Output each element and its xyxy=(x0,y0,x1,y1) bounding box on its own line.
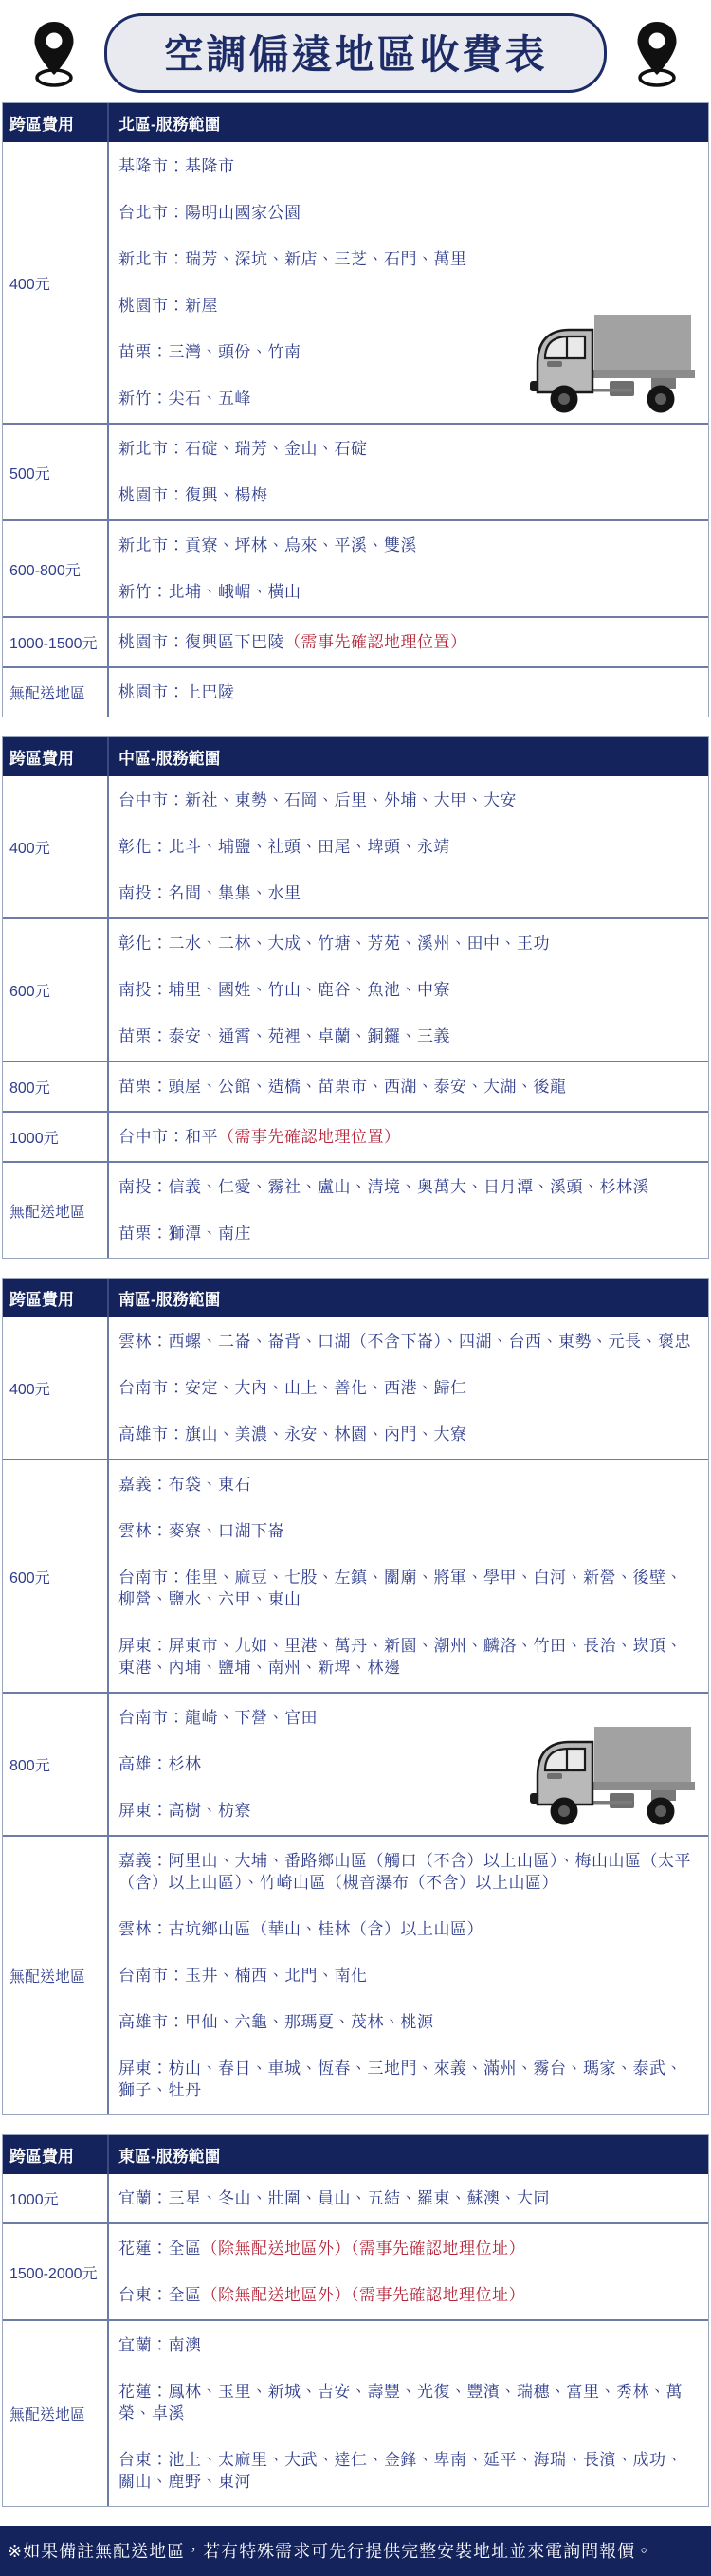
area-text: 雲林：古坑鄉山區（華山、桂林（含）以上山區） xyxy=(118,1920,483,1938)
service-area-cell: 苗栗：頭屋、公館、造橋、苗栗市、西湖、泰安、大湖、後龍 xyxy=(109,1062,708,1111)
fee-cell: 600元 xyxy=(3,919,109,1061)
area-text: 台南市：佳里、麻豆、七股、左鎮、關廟、將軍、學甲、白河、新營、後壁、柳營、鹽水、… xyxy=(118,1569,683,1608)
service-line: 台南市：安定、大內、山上、善化、西港、歸仁 xyxy=(118,1365,697,1411)
area-text: 新北市：瑞芳、深坑、新店、三芝、石門、萬里 xyxy=(118,250,467,268)
footer-note: ※如果備註無配送地區，若有特殊需求可先行提供完整安裝地址並來電詢問報價。 xyxy=(0,2526,711,2576)
service-area-cell: 嘉義：阿里山、大埔、番路鄉山區（觸口（不含）以上山區）、梅山山區（太平（含）以上… xyxy=(109,1837,708,2114)
service-line: 台南市：佳里、麻豆、七股、左鎮、關廟、將軍、學甲、白河、新營、後壁、柳營、鹽水、… xyxy=(118,1554,697,1623)
area-text: 宜蘭：南澳 xyxy=(118,2336,202,2354)
service-area-cell: 桃園市：復興區下巴陵（需事先確認地理位置） xyxy=(109,618,708,666)
fee-cell: 無配送地區 xyxy=(3,1837,109,2114)
area-text: 台東：全區 xyxy=(118,2286,202,2304)
area-text: 花蓮：鳳林、玉里、新城、吉安、壽豐、光復、豐濱、瑞穗、富里、秀林、萬榮、卓溪 xyxy=(118,2383,683,2422)
fee-table: 跨區費用北區-服務範圍400元基隆市：基隆市台北市：陽明山國家公園新北市：瑞芳、… xyxy=(2,102,709,717)
service-area-cell: 嘉義：布袋、東石雲林：麥寮、口湖下崙台南市：佳里、麻豆、七股、左鎮、關廟、將軍、… xyxy=(109,1460,708,1692)
service-line: 南投：信義、仁愛、霧社、盧山、清境、奧萬大、日月潭、溪頭、杉林溪 xyxy=(118,1164,697,1210)
area-text: 屏東：屏東市、九如、里港、萬丹、新園、潮州、麟洛、竹田、長治、崁頂、東港、內埔、… xyxy=(118,1637,683,1677)
fee-cell: 800元 xyxy=(3,1694,109,1835)
fee-row: 500元新北市：石碇、瑞芳、金山、石碇桃園市：復興、楊梅 xyxy=(3,423,708,519)
area-text: 新竹：北埔、峨嵋、橫山 xyxy=(118,583,301,601)
service-line: 雲林：古坑鄉山區（華山、桂林（含）以上山區） xyxy=(118,1906,697,1952)
truck-icon xyxy=(519,309,699,415)
fee-cell: 400元 xyxy=(3,1317,109,1459)
region-column-header: 南區-服務範圍 xyxy=(107,1279,708,1317)
page-header: 空調偏遠地區收費表 xyxy=(0,0,711,102)
area-text: 雲林：麥寮、口湖下崙 xyxy=(118,1522,284,1540)
fee-cell: 400元 xyxy=(3,776,109,917)
fee-cell: 1500-2000元 xyxy=(3,2224,109,2319)
area-text: 南投：信義、仁愛、霧社、盧山、清境、奧萬大、日月潭、溪頭、杉林溪 xyxy=(118,1178,649,1196)
alert-text: （需事先確認地理位址） xyxy=(351,2240,525,2258)
service-line: 新竹：北埔、峨嵋、橫山 xyxy=(118,569,697,615)
fee-cell: 600-800元 xyxy=(3,521,109,616)
fee-row: 無配送地區宜蘭：南澳花蓮：鳳林、玉里、新城、吉安、壽豐、光復、豐濱、瑞穗、富里、… xyxy=(3,2319,708,2506)
alert-text: （除無配送地區外） xyxy=(202,2286,352,2304)
area-text: 台東：池上、太麻里、大武、達仁、金鋒、卑南、延平、海瑞、長濱、成功、關山、鹿野、… xyxy=(118,2451,683,2491)
fee-row: 1000-1500元桃園市：復興區下巴陵（需事先確認地理位置） xyxy=(3,616,708,666)
service-area-cell: 彰化：二水、二林、大成、竹塘、芳苑、溪州、田中、王功南投：埔里、國姓、竹山、鹿谷… xyxy=(109,919,708,1061)
service-line: 台南市：玉井、楠西、北門、南化 xyxy=(118,1952,697,1999)
area-text: 苗栗：三灣、頭份、竹南 xyxy=(118,343,301,361)
service-line: 雲林：西螺、二崙、崙背、口湖（不含下崙）、四湖、台西、東勢、元長、褒忠 xyxy=(118,1318,697,1365)
area-text: 台南市：玉井、楠西、北門、南化 xyxy=(118,1967,368,1985)
area-text: 高雄市：甲仙、六龜、那瑪夏、茂林、桃源 xyxy=(118,2013,434,2031)
area-text: 彰化：北斗、埔鹽、社頭、田尾、埤頭、永靖 xyxy=(118,838,450,856)
fee-row: 600元彰化：二水、二林、大成、竹塘、芳苑、溪州、田中、王功南投：埔里、國姓、竹… xyxy=(3,917,708,1061)
service-line: 台中市：和平（需事先確認地理位置） xyxy=(118,1114,697,1160)
service-line: 苗栗：獅潭、南庄 xyxy=(118,1210,697,1257)
area-text: 高雄市：旗山、美濃、永安、林園、內門、大寮 xyxy=(118,1425,467,1443)
fee-column-header: 跨區費用 xyxy=(3,103,107,142)
area-text: 南投：名間、集集、水里 xyxy=(118,884,301,902)
area-text: 屏東：高樹、枋寮 xyxy=(118,1802,251,1820)
alert-text: （需事先確認地理位置） xyxy=(218,1128,401,1146)
area-text: 台北市：陽明山國家公園 xyxy=(118,204,301,222)
area-text: 桃園市：上巴陵 xyxy=(118,683,235,701)
area-text: 雲林：西螺、二崙、崙背、口湖（不含下崙）、四湖、台西、東勢、元長、褒忠 xyxy=(118,1333,691,1351)
service-line: 彰化：北斗、埔鹽、社頭、田尾、埤頭、永靖 xyxy=(118,824,697,870)
fee-cell: 500元 xyxy=(3,425,109,519)
service-line: 屏東：枋山、春日、車城、恆春、三地門、來義、滿州、霧台、瑪家、泰武、獅子、牡丹 xyxy=(118,2045,697,2113)
fee-table: 跨區費用中區-服務範圍400元台中市：新社、東勢、石岡、后里、外埔、大甲、大安彰… xyxy=(2,736,709,1259)
fee-row: 400元雲林：西螺、二崙、崙背、口湖（不含下崙）、四湖、台西、東勢、元長、褒忠台… xyxy=(3,1317,708,1459)
fee-cell: 1000-1500元 xyxy=(3,618,109,666)
alert-text: （除無配送地區外） xyxy=(202,2240,352,2258)
fee-row: 1000元宜蘭：三星、冬山、壯圍、員山、五結、羅東、蘇澳、大同 xyxy=(3,2174,708,2222)
service-line: 基隆市：基隆市 xyxy=(118,143,697,190)
table-header-row: 跨區費用南區-服務範圍 xyxy=(3,1279,708,1317)
alert-text: （需事先確認地理位址） xyxy=(351,2286,525,2304)
area-text: 基隆市：基隆市 xyxy=(118,157,235,175)
truck-icon xyxy=(519,1721,699,1827)
service-line: 彰化：二水、二林、大成、竹塘、芳苑、溪州、田中、王功 xyxy=(118,920,697,967)
region-column-header: 東區-服務範圍 xyxy=(107,2135,708,2174)
service-line: 南投：名間、集集、水里 xyxy=(118,870,697,916)
fee-cell: 無配送地區 xyxy=(3,1163,109,1258)
fee-cell: 800元 xyxy=(3,1062,109,1111)
region-column-header: 北區-服務範圍 xyxy=(107,103,708,142)
table-header-row: 跨區費用中區-服務範圍 xyxy=(3,737,708,776)
area-text: 高雄：杉林 xyxy=(118,1755,202,1773)
service-area-cell: 台中市：新社、東勢、石岡、后里、外埔、大甲、大安彰化：北斗、埔鹽、社頭、田尾、埤… xyxy=(109,776,708,917)
area-text: 台南市：龍崎、下營、官田 xyxy=(118,1709,318,1727)
location-pin-icon xyxy=(628,18,686,88)
service-line: 苗栗：頭屋、公館、造橋、苗栗市、西湖、泰安、大湖、後龍 xyxy=(118,1063,697,1110)
fee-column-header: 跨區費用 xyxy=(3,737,107,776)
service-line: 高雄市：甲仙、六龜、那瑪夏、茂林、桃源 xyxy=(118,1999,697,2045)
service-area-cell: 南投：信義、仁愛、霧社、盧山、清境、奧萬大、日月潭、溪頭、杉林溪苗栗：獅潭、南庄 xyxy=(109,1163,708,1258)
service-area-cell: 宜蘭：三星、冬山、壯圍、員山、五結、羅東、蘇澳、大同 xyxy=(109,2174,708,2222)
fee-row: 無配送地區南投：信義、仁愛、霧社、盧山、清境、奧萬大、日月潭、溪頭、杉林溪苗栗：… xyxy=(3,1161,708,1258)
service-line: 宜蘭：南澳 xyxy=(118,2322,697,2368)
area-text: 彰化：二水、二林、大成、竹塘、芳苑、溪州、田中、王功 xyxy=(118,934,550,952)
fee-row: 800元台南市：龍崎、下營、官田高雄：杉林屏東：高樹、枋寮 xyxy=(3,1692,708,1835)
area-text: 桃園市：復興區下巴陵 xyxy=(118,633,284,651)
service-line: 花蓮：全區（除無配送地區外）（需事先確認地理位址） xyxy=(118,2225,697,2272)
fee-row: 800元苗栗：頭屋、公館、造橋、苗栗市、西湖、泰安、大湖、後龍 xyxy=(3,1061,708,1111)
area-text: 南投：埔里、國姓、竹山、鹿谷、魚池、中寮 xyxy=(118,981,450,999)
area-text: 嘉義：布袋、東石 xyxy=(118,1476,251,1494)
service-line: 桃園市：上巴陵 xyxy=(118,669,697,716)
fee-tables-container: 跨區費用北區-服務範圍400元基隆市：基隆市台北市：陽明山國家公園新北市：瑞芳、… xyxy=(0,102,711,2507)
area-text: 花蓮：全區 xyxy=(118,2240,202,2258)
fee-row: 1000元台中市：和平（需事先確認地理位置） xyxy=(3,1111,708,1161)
fee-cell: 600元 xyxy=(3,1460,109,1692)
fee-row: 600-800元新北市：貢寮、坪林、烏來、平溪、雙溪新竹：北埔、峨嵋、橫山 xyxy=(3,519,708,616)
service-line: 新北市：石碇、瑞芳、金山、石碇 xyxy=(118,426,697,472)
service-area-cell: 宜蘭：南澳花蓮：鳳林、玉里、新城、吉安、壽豐、光復、豐濱、瑞穗、富里、秀林、萬榮… xyxy=(109,2321,708,2506)
fee-row: 600元嘉義：布袋、東石雲林：麥寮、口湖下崙台南市：佳里、麻豆、七股、左鎮、關廟… xyxy=(3,1459,708,1692)
service-area-cell: 台中市：和平（需事先確認地理位置） xyxy=(109,1113,708,1161)
service-line: 新北市：貢寮、坪林、烏來、平溪、雙溪 xyxy=(118,522,697,569)
area-text: 宜蘭：三星、冬山、壯圍、員山、五結、羅東、蘇澳、大同 xyxy=(118,2189,550,2207)
area-text: 桃園市：新屋 xyxy=(118,297,218,315)
fee-cell: 1000元 xyxy=(3,2174,109,2222)
service-line: 南投：埔里、國姓、竹山、鹿谷、魚池、中寮 xyxy=(118,967,697,1013)
fee-table: 跨區費用東區-服務範圍1000元宜蘭：三星、冬山、壯圍、員山、五結、羅東、蘇澳、… xyxy=(2,2134,709,2507)
location-pin-icon xyxy=(25,18,83,88)
area-text: 台中市：和平 xyxy=(118,1128,218,1146)
area-text: 新竹：尖石、五峰 xyxy=(118,390,251,408)
service-line: 雲林：麥寮、口湖下崙 xyxy=(118,1508,697,1554)
service-line: 台中市：新社、東勢、石岡、后里、外埔、大甲、大安 xyxy=(118,777,697,824)
service-line: 嘉義：阿里山、大埔、番路鄉山區（觸口（不含）以上山區）、梅山山區（太平（含）以上… xyxy=(118,1838,697,1906)
area-text: 屏東：枋山、春日、車城、恆春、三地門、來義、滿州、霧台、瑪家、泰武、獅子、牡丹 xyxy=(118,2059,683,2099)
table-header-row: 跨區費用東區-服務範圍 xyxy=(3,2135,708,2174)
fee-row: 400元基隆市：基隆市台北市：陽明山國家公園新北市：瑞芳、深坑、新店、三芝、石門… xyxy=(3,142,708,423)
fee-cell: 無配送地區 xyxy=(3,668,109,717)
page-title: 空調偏遠地區收費表 xyxy=(104,13,607,93)
fee-cell: 無配送地區 xyxy=(3,2321,109,2506)
fee-column-header: 跨區費用 xyxy=(3,1279,107,1317)
service-line: 台東：池上、太麻里、大武、達仁、金鋒、卑南、延平、海瑞、長濱、成功、關山、鹿野、… xyxy=(118,2437,697,2505)
service-line: 屏東：屏東市、九如、里港、萬丹、新園、潮州、麟洛、竹田、長治、崁頂、東港、內埔、… xyxy=(118,1623,697,1691)
fee-cell: 1000元 xyxy=(3,1113,109,1161)
service-line: 新北市：瑞芳、深坑、新店、三芝、石門、萬里 xyxy=(118,236,697,282)
fee-row: 無配送地區桃園市：上巴陵 xyxy=(3,666,708,717)
service-area-cell: 新北市：貢寮、坪林、烏來、平溪、雙溪新竹：北埔、峨嵋、橫山 xyxy=(109,521,708,616)
service-line: 苗栗：泰安、通霄、苑裡、卓蘭、銅鑼、三義 xyxy=(118,1013,697,1060)
service-line: 花蓮：鳳林、玉里、新城、吉安、壽豐、光復、豐濱、瑞穗、富里、秀林、萬榮、卓溪 xyxy=(118,2368,697,2437)
service-line: 台北市：陽明山國家公園 xyxy=(118,190,697,236)
fee-row: 1500-2000元花蓮：全區（除無配送地區外）（需事先確認地理位址）台東：全區… xyxy=(3,2222,708,2319)
service-line: 宜蘭：三星、冬山、壯圍、員山、五結、羅東、蘇澳、大同 xyxy=(118,2175,697,2222)
fee-row: 400元台中市：新社、東勢、石岡、后里、外埔、大甲、大安彰化：北斗、埔鹽、社頭、… xyxy=(3,776,708,917)
fee-column-header: 跨區費用 xyxy=(3,2135,107,2174)
table-header-row: 跨區費用北區-服務範圍 xyxy=(3,103,708,142)
service-line: 桃園市：復興區下巴陵（需事先確認地理位置） xyxy=(118,619,697,665)
region-column-header: 中區-服務範圍 xyxy=(107,737,708,776)
service-area-cell: 花蓮：全區（除無配送地區外）（需事先確認地理位址）台東：全區（除無配送地區外）（… xyxy=(109,2224,708,2319)
fee-row: 無配送地區嘉義：阿里山、大埔、番路鄉山區（觸口（不含）以上山區）、梅山山區（太平… xyxy=(3,1835,708,2114)
area-text: 苗栗：泰安、通霄、苑裡、卓蘭、銅鑼、三義 xyxy=(118,1027,450,1045)
service-area-cell: 桃園市：上巴陵 xyxy=(109,668,708,717)
area-text: 台中市：新社、東勢、石岡、后里、外埔、大甲、大安 xyxy=(118,791,517,809)
area-text: 新北市：石碇、瑞芳、金山、石碇 xyxy=(118,440,368,458)
area-text: 苗栗：頭屋、公館、造橋、苗栗市、西湖、泰安、大湖、後龍 xyxy=(118,1078,567,1096)
fee-cell: 400元 xyxy=(3,142,109,423)
service-area-cell: 新北市：石碇、瑞芳、金山、石碇桃園市：復興、楊梅 xyxy=(109,425,708,519)
area-text: 嘉義：阿里山、大埔、番路鄉山區（觸口（不含）以上山區）、梅山山區（太平（含）以上… xyxy=(118,1852,691,1892)
service-line: 嘉義：布袋、東石 xyxy=(118,1461,697,1508)
area-text: 台南市：安定、大內、山上、善化、西港、歸仁 xyxy=(118,1379,467,1397)
alert-text: （需事先確認地理位置） xyxy=(284,633,467,651)
area-text: 新北市：貢寮、坪林、烏來、平溪、雙溪 xyxy=(118,536,417,554)
service-line: 高雄市：旗山、美濃、永安、林園、內門、大寮 xyxy=(118,1411,697,1458)
service-line: 桃園市：復興、楊梅 xyxy=(118,472,697,518)
area-text: 苗栗：獅潭、南庄 xyxy=(118,1225,251,1243)
area-text: 桃園市：復興、楊梅 xyxy=(118,486,268,504)
service-line: 台東：全區（除無配送地區外）（需事先確認地理位址） xyxy=(118,2272,697,2318)
fee-table: 跨區費用南區-服務範圍400元雲林：西螺、二崙、崙背、口湖（不含下崙）、四湖、台… xyxy=(2,1278,709,2115)
service-area-cell: 雲林：西螺、二崙、崙背、口湖（不含下崙）、四湖、台西、東勢、元長、褒忠台南市：安… xyxy=(109,1317,708,1459)
